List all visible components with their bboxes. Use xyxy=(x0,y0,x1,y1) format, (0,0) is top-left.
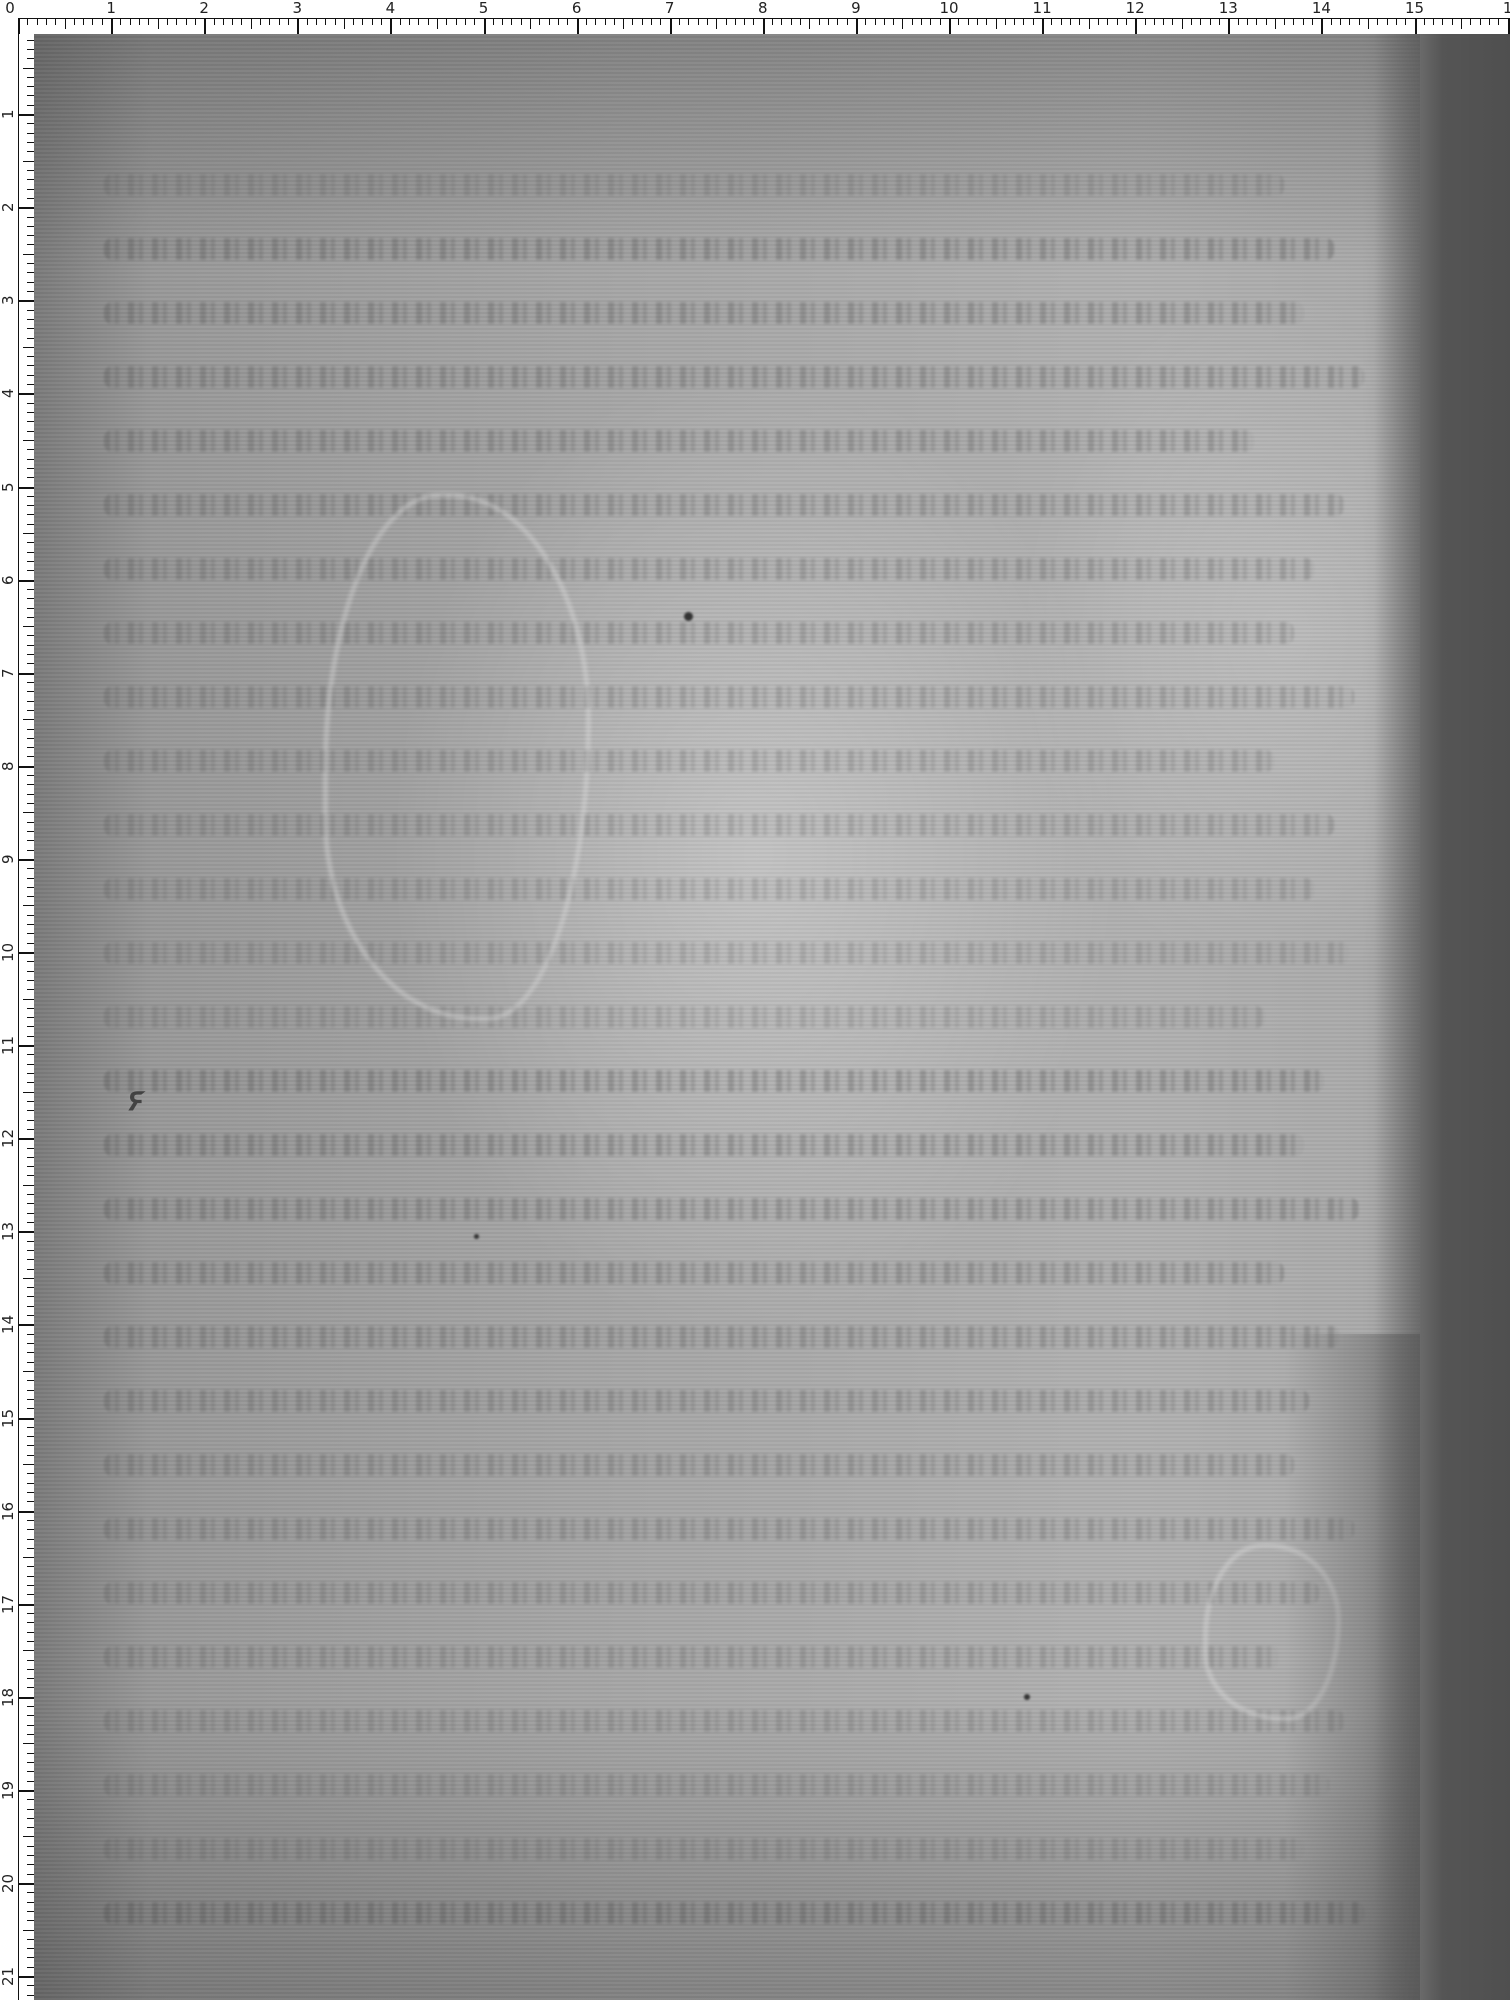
ruler-tick xyxy=(27,1967,34,1968)
ruler-tick xyxy=(18,487,34,489)
ruler-tick xyxy=(27,1222,34,1223)
ruler-tick xyxy=(539,18,540,25)
ruler-tick xyxy=(27,589,34,590)
ruler-tick xyxy=(223,18,224,25)
ruler-tick xyxy=(27,1241,34,1242)
ruler-tick xyxy=(605,18,606,25)
ruler-tick xyxy=(307,18,308,25)
ruler-tick xyxy=(27,1017,34,1018)
ruler-tick xyxy=(27,1213,34,1214)
ruler-tick xyxy=(949,18,951,34)
ruler-tick xyxy=(23,533,34,534)
ruler-tick xyxy=(1228,18,1230,34)
ruler-tick xyxy=(1405,18,1406,25)
ruler-tick xyxy=(27,58,34,59)
ruler-tick xyxy=(27,1064,34,1065)
left-ruler-baseline xyxy=(18,18,19,2000)
ruler-tick xyxy=(1266,18,1267,25)
ruler-tick xyxy=(27,1771,34,1772)
ruler-tick xyxy=(27,142,34,143)
ruler-label: 15 xyxy=(1405,0,1424,16)
ruler-tick xyxy=(27,1259,34,1260)
ruler-tick xyxy=(837,18,838,25)
ruler-tick xyxy=(800,18,801,25)
ruler-tick xyxy=(1079,18,1080,25)
ruler-tick xyxy=(23,1464,34,1465)
ruler-tick xyxy=(18,580,34,582)
ruler-label: 11 xyxy=(0,1036,16,1055)
ruler-tick xyxy=(18,1604,34,1606)
script-line xyxy=(104,558,1314,580)
ruler-tick xyxy=(18,1883,34,1885)
ruler-tick xyxy=(27,217,34,218)
ruler-tick xyxy=(260,18,261,25)
ruler-tick xyxy=(27,654,34,655)
ruler-tick xyxy=(558,18,559,25)
ruler-tick xyxy=(37,18,38,25)
ruler-tick xyxy=(102,18,103,25)
script-line xyxy=(104,238,1334,260)
ruler-tick xyxy=(27,1287,34,1288)
ruler-tick xyxy=(335,18,336,25)
ruler-tick xyxy=(27,319,34,320)
ruler-tick xyxy=(1368,18,1369,29)
ruler-tick xyxy=(1135,18,1137,34)
ruler-tick xyxy=(279,18,280,25)
ruler-tick xyxy=(493,18,494,25)
ruler-tick xyxy=(27,524,34,525)
ruler-tick xyxy=(1042,18,1044,34)
ruler-tick xyxy=(27,1864,34,1865)
ruler-label: 2 xyxy=(199,0,209,16)
ruler-label: 12 xyxy=(0,1129,16,1148)
ruler-tick xyxy=(27,598,34,599)
ruler-label: 21 xyxy=(0,1967,16,1986)
ruler-tick xyxy=(27,738,34,739)
ruler-tick xyxy=(27,989,34,990)
ruler-tick xyxy=(18,1418,34,1420)
ruler-label: 3 xyxy=(0,296,16,306)
ruler-tick xyxy=(1461,18,1462,29)
ruler-label: 3 xyxy=(293,0,303,16)
ruler-tick xyxy=(27,691,34,692)
ruler-tick xyxy=(1433,18,1434,25)
ruler-tick xyxy=(18,1231,34,1233)
ruler-tick xyxy=(1256,18,1257,25)
ruler-tick xyxy=(1117,18,1118,25)
ruler-tick xyxy=(502,18,503,25)
ruler-tick xyxy=(27,1269,34,1270)
ruler-tick xyxy=(27,794,34,795)
ruler-tick xyxy=(27,244,34,245)
ruler-tick xyxy=(549,18,550,25)
script-line xyxy=(104,1390,1309,1412)
ruler-label: 13 xyxy=(1219,0,1238,16)
ruler-tick xyxy=(1321,18,1323,34)
script-line xyxy=(104,1454,1294,1476)
ruler-tick xyxy=(27,421,34,422)
ruler-tick xyxy=(27,496,34,497)
ruler-label: 12 xyxy=(1126,0,1145,16)
ruler-tick xyxy=(27,1818,34,1819)
ruler-tick xyxy=(27,1129,34,1130)
ruler-tick xyxy=(27,1082,34,1083)
ruler-tick xyxy=(781,18,782,25)
ruler-tick xyxy=(27,1445,34,1446)
left-ruler: 123456789101112131415161718192021 xyxy=(0,0,34,2000)
script-line xyxy=(104,686,1354,708)
ruler-tick xyxy=(27,1660,34,1661)
ruler-tick xyxy=(27,1455,34,1456)
ruler-tick xyxy=(27,95,34,96)
ruler-tick xyxy=(167,18,168,25)
ruler-tick xyxy=(18,1324,34,1326)
ruler-label: 10 xyxy=(939,0,958,16)
ruler-label: 7 xyxy=(665,0,675,16)
ruler-tick xyxy=(1387,18,1388,25)
ruler-tick xyxy=(27,1632,34,1633)
ruler-tick xyxy=(996,18,997,29)
ruler-tick xyxy=(214,18,215,25)
script-line xyxy=(104,1006,1264,1028)
ruler-tick xyxy=(27,1026,34,1027)
ruler-tick xyxy=(716,18,717,29)
ruler-tick xyxy=(27,1315,34,1316)
ruler-tick xyxy=(484,18,486,34)
script-line xyxy=(104,1518,1354,1540)
top-ruler: 01234567891011121314151 xyxy=(0,0,1510,34)
ruler-tick xyxy=(27,775,34,776)
ruler-label: 13 xyxy=(0,1222,16,1241)
ruler-tick xyxy=(772,18,773,25)
script-line xyxy=(104,1646,1279,1668)
ruler-tick xyxy=(1349,18,1350,25)
ruler-tick xyxy=(1154,18,1155,25)
ruler-tick xyxy=(884,18,885,25)
ruler-tick xyxy=(632,18,633,25)
ruler-tick xyxy=(27,961,34,962)
ruler-tick xyxy=(27,608,34,609)
ruler-tick xyxy=(27,1073,34,1074)
ruler-tick xyxy=(27,1948,34,1949)
ruler-label: 20 xyxy=(0,1874,16,1893)
ruler-tick xyxy=(23,719,34,720)
ruler-tick xyxy=(1238,18,1239,25)
ruler-tick xyxy=(27,1613,34,1614)
ruler-tick xyxy=(325,18,326,25)
ruler-tick xyxy=(27,263,34,264)
ruler-tick xyxy=(1005,18,1006,25)
ruler-tick xyxy=(316,18,317,25)
ruler-label: 4 xyxy=(386,0,396,16)
ruler-tick xyxy=(27,1520,34,1521)
ruler-tick xyxy=(27,1902,34,1903)
ruler-tick xyxy=(27,878,34,879)
ruler-tick xyxy=(23,1092,34,1093)
ruler-tick xyxy=(27,1352,34,1353)
ruler-tick xyxy=(158,18,159,29)
script-line xyxy=(104,1134,1304,1156)
ruler-tick xyxy=(27,635,34,636)
ruler-tick xyxy=(27,1390,34,1391)
ruler-tick xyxy=(828,18,829,25)
ruler-tick xyxy=(1396,18,1397,25)
ruler-tick xyxy=(1033,18,1034,25)
ruler-tick xyxy=(1312,18,1313,25)
ruler-tick xyxy=(344,18,345,29)
ruler-tick xyxy=(18,18,20,34)
ruler-tick xyxy=(23,626,34,627)
ruler-tick xyxy=(148,18,149,25)
ruler-label: 9 xyxy=(0,854,16,864)
ruler-tick xyxy=(400,18,401,25)
ruler-tick xyxy=(18,207,34,209)
ruler-tick xyxy=(27,1576,34,1577)
ruler-tick xyxy=(1359,18,1360,25)
ruler-tick xyxy=(27,1380,34,1381)
ruler-tick xyxy=(27,803,34,804)
ruler-tick xyxy=(1182,18,1183,29)
script-line xyxy=(104,1326,1339,1348)
ruler-tick xyxy=(27,235,34,236)
ruler-tick xyxy=(27,449,34,450)
ruler-tick xyxy=(65,18,66,29)
script-line xyxy=(104,1902,1364,1924)
ruler-tick xyxy=(130,18,131,25)
ruler-tick xyxy=(1089,18,1090,29)
ruler-tick xyxy=(27,1687,34,1688)
ruler-tick xyxy=(27,1203,34,1204)
script-line xyxy=(104,1198,1359,1220)
ruler-tick xyxy=(27,1194,34,1195)
ruler-tick xyxy=(23,1557,34,1558)
ruler-tick xyxy=(27,1008,34,1009)
ruler-tick xyxy=(27,831,34,832)
ruler-tick xyxy=(1293,18,1294,25)
ruler-tick xyxy=(27,1492,34,1493)
mirrored-script-block xyxy=(104,174,1384,1974)
ruler-tick xyxy=(1498,18,1499,25)
script-line xyxy=(104,622,1294,644)
ruler-tick xyxy=(577,18,579,34)
ruler-tick xyxy=(27,552,34,553)
ruler-tick xyxy=(27,412,34,413)
ruler-tick xyxy=(27,1920,34,1921)
ruler-tick xyxy=(27,505,34,506)
ruler-tick xyxy=(1163,18,1164,25)
ruler-tick xyxy=(27,1436,34,1437)
ruler-tick xyxy=(940,18,941,25)
ruler-tick xyxy=(27,542,34,543)
ruler-tick xyxy=(23,1743,34,1744)
ruler-tick xyxy=(465,18,466,25)
script-line xyxy=(104,1838,1304,1860)
ruler-tick xyxy=(83,18,84,25)
ruler-label: 9 xyxy=(851,0,861,16)
script-line xyxy=(104,878,1314,900)
ruler-tick xyxy=(27,291,34,292)
ruler-label: 4 xyxy=(0,389,16,399)
ruler-tick xyxy=(1107,18,1108,25)
ruler-tick xyxy=(456,18,457,25)
ruler-tick xyxy=(27,1874,34,1875)
ruler-tick xyxy=(23,1371,34,1372)
ruler-label: 15 xyxy=(0,1408,16,1427)
ruler-tick xyxy=(27,86,34,87)
ruler-tick xyxy=(27,328,34,329)
ruler-tick xyxy=(27,1892,34,1893)
ruler-tick xyxy=(27,477,34,478)
ruler-tick xyxy=(27,365,34,366)
ruler-tick xyxy=(390,18,392,34)
ruler-tick xyxy=(232,18,233,25)
ruler-tick xyxy=(27,617,34,618)
ruler-tick xyxy=(27,933,34,934)
ruler-tick xyxy=(688,18,689,25)
ruler-label: 5 xyxy=(479,0,489,16)
ruler-tick xyxy=(511,18,512,25)
ruler-tick xyxy=(46,18,47,25)
ruler-tick xyxy=(27,1399,34,1400)
ruler-tick xyxy=(670,18,672,34)
ruler-tick xyxy=(893,18,894,25)
ruler-tick xyxy=(521,18,522,25)
ruler-tick xyxy=(875,18,876,25)
ruler-tick xyxy=(27,1985,34,1986)
ruler-tick xyxy=(1480,18,1481,25)
ruler-tick xyxy=(1191,18,1192,25)
ruler-label: 1 xyxy=(1503,0,1510,16)
ruler-tick xyxy=(27,1120,34,1121)
ruler-tick xyxy=(23,440,34,441)
ruler-tick xyxy=(27,1110,34,1111)
ruler-tick xyxy=(27,822,34,823)
ruler-tick xyxy=(446,18,447,25)
ruler-tick xyxy=(18,766,34,768)
ruler-label: 19 xyxy=(0,1781,16,1800)
ruler-tick xyxy=(27,1343,34,1344)
script-line xyxy=(104,1070,1324,1092)
ruler-tick xyxy=(679,18,680,25)
ruler-tick xyxy=(27,198,34,199)
ruler-tick xyxy=(18,300,34,302)
ruler-tick xyxy=(27,431,34,432)
ruler-tick xyxy=(27,1585,34,1586)
ruler-tick xyxy=(27,1957,34,1958)
ruler-label: 6 xyxy=(572,0,582,16)
ruler-tick xyxy=(23,999,34,1000)
ruler-tick xyxy=(809,18,810,29)
ruler-tick xyxy=(428,18,429,25)
ruler-tick xyxy=(27,747,34,748)
ruler-tick xyxy=(18,1045,34,1047)
ruler-tick xyxy=(707,18,708,25)
ruler-tick xyxy=(623,18,624,29)
ruler-tick xyxy=(27,1539,34,1540)
ruler-tick xyxy=(791,18,792,25)
ruler-tick xyxy=(18,952,34,954)
ruler-tick xyxy=(18,393,34,395)
ruler-tick xyxy=(297,18,299,34)
ruler-label: 11 xyxy=(1033,0,1052,16)
ruler-tick xyxy=(23,1185,34,1186)
ruler-tick xyxy=(27,77,34,78)
ruler-tick xyxy=(27,1250,34,1251)
ink-spot xyxy=(474,1234,479,1239)
ruler-tick xyxy=(18,1138,34,1140)
ruler-tick xyxy=(847,18,848,25)
ruler-tick xyxy=(1219,18,1220,25)
ruler-tick xyxy=(27,943,34,944)
ruler-tick xyxy=(27,179,34,180)
ruler-tick xyxy=(27,151,34,152)
ruler-tick xyxy=(968,18,969,25)
ruler-tick xyxy=(698,18,699,25)
ruler-tick xyxy=(1508,18,1510,34)
ruler-tick xyxy=(27,1809,34,1810)
ruler-tick xyxy=(418,18,419,25)
ruler-tick xyxy=(18,1790,34,1792)
ruler-tick xyxy=(27,1706,34,1707)
ruler-tick xyxy=(353,18,354,25)
ruler-tick xyxy=(241,18,242,25)
ruler-tick xyxy=(930,18,931,25)
ruler-tick xyxy=(1210,18,1211,25)
ruler-tick xyxy=(1051,18,1052,25)
ruler-tick xyxy=(27,1622,34,1623)
ruler-tick xyxy=(27,1799,34,1800)
ruler-label: 0 xyxy=(5,0,15,16)
ruler-tick xyxy=(27,1669,34,1670)
ruler-tick xyxy=(27,729,34,730)
ruler-tick xyxy=(1172,18,1173,25)
ruler-tick xyxy=(27,133,34,134)
ruler-tick xyxy=(27,1427,34,1428)
ruler-tick xyxy=(27,850,34,851)
ruler-tick xyxy=(23,1930,34,1931)
ruler-tick xyxy=(23,812,34,813)
ruler-tick xyxy=(27,915,34,916)
ruler-tick xyxy=(27,1483,34,1484)
ruler-tick xyxy=(1275,18,1276,29)
ruler-tick xyxy=(958,18,959,25)
script-line xyxy=(104,494,1344,516)
ruler-tick xyxy=(92,18,93,25)
ruler-tick xyxy=(27,403,34,404)
ruler-tick xyxy=(27,189,34,190)
ruler-label: 1 xyxy=(106,0,116,16)
ruler-tick xyxy=(111,18,113,34)
ruler-label: 18 xyxy=(0,1688,16,1707)
ruler-tick xyxy=(1247,18,1248,25)
ruler-tick xyxy=(27,123,34,124)
ruler-label: 1 xyxy=(0,110,16,120)
ruler-tick xyxy=(27,384,34,385)
ruler-label: 14 xyxy=(1312,0,1331,16)
ruler-tick xyxy=(251,18,252,29)
ruler-tick xyxy=(18,1976,34,1978)
ruler-tick xyxy=(735,18,736,25)
ruler-tick xyxy=(23,1650,34,1651)
ink-spot xyxy=(1024,1694,1030,1700)
ruler-tick xyxy=(1023,18,1024,25)
ruler-tick xyxy=(1340,18,1341,25)
script-line xyxy=(104,814,1334,836)
ruler-tick xyxy=(27,226,34,227)
ruler-tick xyxy=(586,18,587,25)
ruler-tick xyxy=(27,40,34,41)
ruler-label: 5 xyxy=(0,482,16,492)
